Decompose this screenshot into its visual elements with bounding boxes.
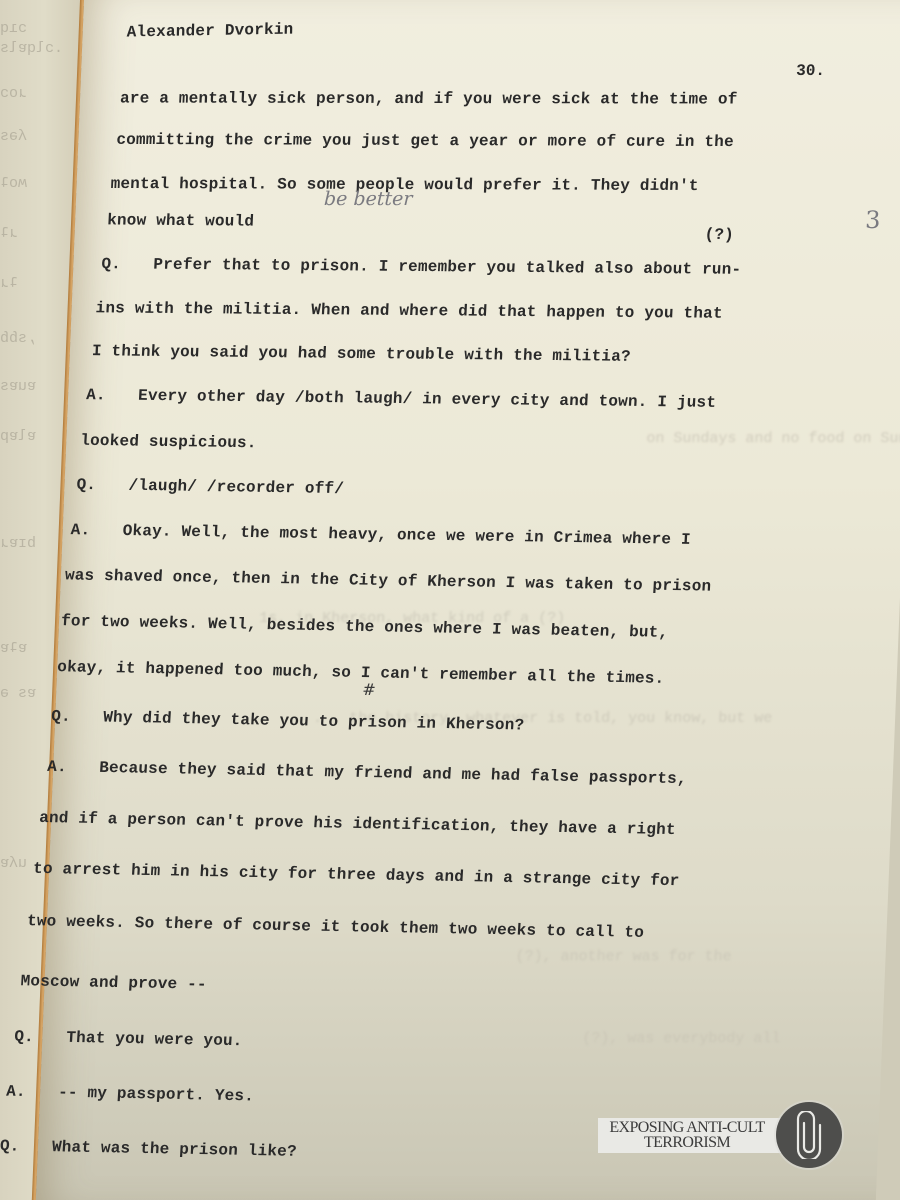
speaker-label: Q.	[0, 1137, 52, 1156]
handwritten-insertion: be better	[324, 188, 413, 210]
line-text: was shaved once, then in the City of Khe…	[64, 566, 711, 595]
transcript-line: (?)	[704, 226, 734, 245]
line-text: (?)	[704, 226, 734, 245]
transcript-line: to arrest him in his city for three days…	[33, 860, 680, 890]
line-text: and if a person can't prove his identifi…	[39, 809, 677, 839]
line-text: -- my passport. Yes.	[58, 1084, 255, 1106]
transcript-line: okay, it happened too much, so I can't r…	[57, 658, 665, 688]
header-name: Alexander Dvorkin	[127, 21, 294, 42]
line-text: committing the crime you just get a year…	[116, 131, 734, 151]
transcript-line: I think you said you had some trouble wi…	[91, 342, 631, 366]
transcript-page: 1s, in Kherson, what kind of a (?) . . .…	[36, 0, 900, 1200]
transcript-line: A.-- my passport. Yes.	[6, 1083, 255, 1106]
watermark-line1: EXPOSING ANTI-CULT	[602, 1120, 772, 1135]
transcript-line: Q.Prefer that to prison. I remember you …	[101, 255, 742, 279]
line-text: Okay. Well, the most heavy, once we were…	[122, 522, 691, 549]
line-text: okay, it happened too much, so I can't r…	[57, 658, 665, 688]
speaker-label: A.	[70, 521, 123, 540]
speaker-label: Q.	[14, 1028, 67, 1047]
transcript-line: two weeks. So there of course it took th…	[27, 912, 645, 942]
transcript-line: and if a person can't prove his identifi…	[39, 809, 677, 839]
transcript-line: A.Every other day /both laugh/ in every …	[86, 386, 717, 412]
caret-mark: #	[362, 680, 376, 699]
line-text: Because they said that my friend and me …	[99, 759, 688, 788]
transcript-line: Moscow and prove --	[20, 972, 207, 994]
line-text: two weeks. So there of course it took th…	[27, 912, 645, 942]
speaker-label: A.	[47, 758, 100, 777]
line-text: /laugh/ /recorder off/	[128, 477, 344, 498]
speaker-label: Q.	[76, 476, 129, 495]
line-text: ins with the militia. When and where did…	[95, 299, 723, 322]
transcript-line: was shaved once, then in the City of Khe…	[64, 566, 711, 595]
line-text: I think you said you had some trouble wi…	[91, 342, 631, 366]
line-text: to arrest him in his city for three days…	[33, 860, 680, 890]
watermark-logo: EXPOSING ANTI-CULT TERRORISM	[598, 1102, 842, 1168]
transcript-line: are a mentally sick person, and if you w…	[120, 89, 738, 108]
line-text: Prefer that to prison. I remember you ta…	[153, 256, 742, 279]
line-text: know what would	[107, 211, 255, 230]
transcript-line: Q.That you were you.	[14, 1028, 243, 1050]
transcript-line: A.Okay. Well, the most heavy, once we we…	[70, 521, 691, 549]
transcript-line: looked suspicious.	[80, 432, 257, 452]
transcript-line: ins with the militia. When and where did…	[95, 299, 723, 322]
watermark-text: EXPOSING ANTI-CULT TERRORISM	[598, 1118, 782, 1153]
speaker-label: A.	[6, 1083, 59, 1102]
line-text: looked suspicious.	[80, 432, 257, 452]
line-text: What was the prison like?	[51, 1138, 297, 1161]
transcript-line: know what would	[107, 211, 255, 230]
line-text: are a mentally sick person, and if you w…	[120, 89, 738, 108]
line-text: Every other day /both laugh/ in every ci…	[138, 387, 717, 412]
speaker-label: Q.	[51, 707, 104, 726]
line-text: Moscow and prove --	[20, 972, 207, 994]
speaker-label: Q.	[101, 255, 154, 273]
line-text: That you were you.	[66, 1029, 243, 1050]
transcript-line: committing the crime you just get a year…	[116, 131, 734, 151]
paperclip-icon	[776, 1102, 842, 1168]
watermark-line2: TERRORISM	[602, 1135, 772, 1150]
transcript-line: Q.What was the prison like?	[0, 1137, 297, 1161]
transcript-line: Q./laugh/ /recorder off/	[76, 476, 344, 498]
speaker-label: A.	[86, 386, 139, 405]
transcript-line: A.Because they said that my friend and m…	[47, 758, 688, 788]
page-number: 30.	[796, 62, 826, 80]
margin-mark: 3	[865, 206, 881, 234]
